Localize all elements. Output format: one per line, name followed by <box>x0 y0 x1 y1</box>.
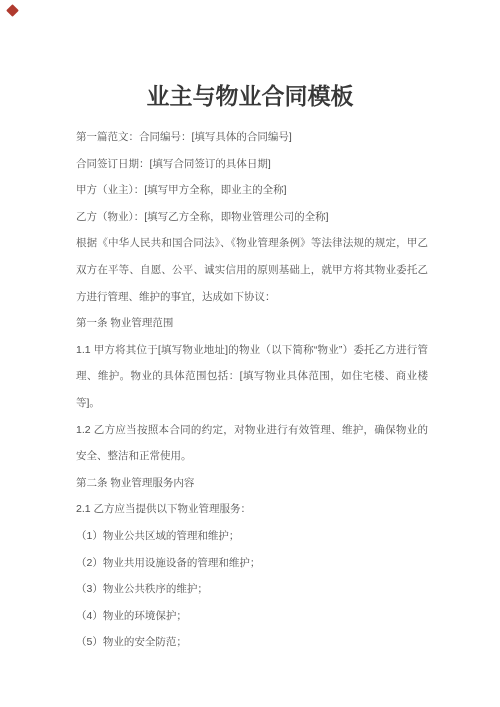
document-title: 业主与物业合同模板 <box>0 0 500 110</box>
list-item: （1）物业公共区域的管理和维护； <box>76 523 428 550</box>
list-item: （3）物业公共秩序的维护； <box>76 576 428 603</box>
list-item: （5）物业的安全防范； <box>76 629 428 656</box>
paragraph: 2.1 乙方应当提供以下物业管理服务： <box>76 496 428 523</box>
paragraph: 合同签订日期：[填写合同签订的具体日期] <box>76 151 428 178</box>
paragraph: 根据《中华人民共和国合同法》、《物业管理条例》等法律法规的规定，甲乙双方在平等、… <box>76 230 428 310</box>
paragraph: 甲方（业主）：[填写甲方全称，即业主的全称] <box>76 177 428 204</box>
paragraph: 乙方（物业）：[填写乙方全称，即物业管理公司的全称] <box>76 204 428 231</box>
document-page: 业主与物业合同模板 第一篇范文：合同编号：[填写具体的合同编号] 合同签订日期：… <box>0 0 500 707</box>
section-heading: 第二条 物业管理服务内容 <box>76 470 428 497</box>
section-heading: 第一条 物业管理范围 <box>76 310 428 337</box>
paragraph: 1.2 乙方应当按照本合同的约定，对物业进行有效管理、维护，确保物业的安全、整洁… <box>76 417 428 470</box>
document-body: 第一篇范文：合同编号：[填写具体的合同编号] 合同签订日期：[填写合同签订的具体… <box>76 124 428 656</box>
list-item: （4）物业的环境保护； <box>76 603 428 630</box>
list-item: （2）物业共用设施设备的管理和维护； <box>76 550 428 577</box>
paragraph: 第一篇范文：合同编号：[填写具体的合同编号] <box>76 124 428 151</box>
paragraph: 1.1 甲方将其位于[填写物业地址]的物业（以下简称“物业”）委托乙方进行管理、… <box>76 337 428 417</box>
